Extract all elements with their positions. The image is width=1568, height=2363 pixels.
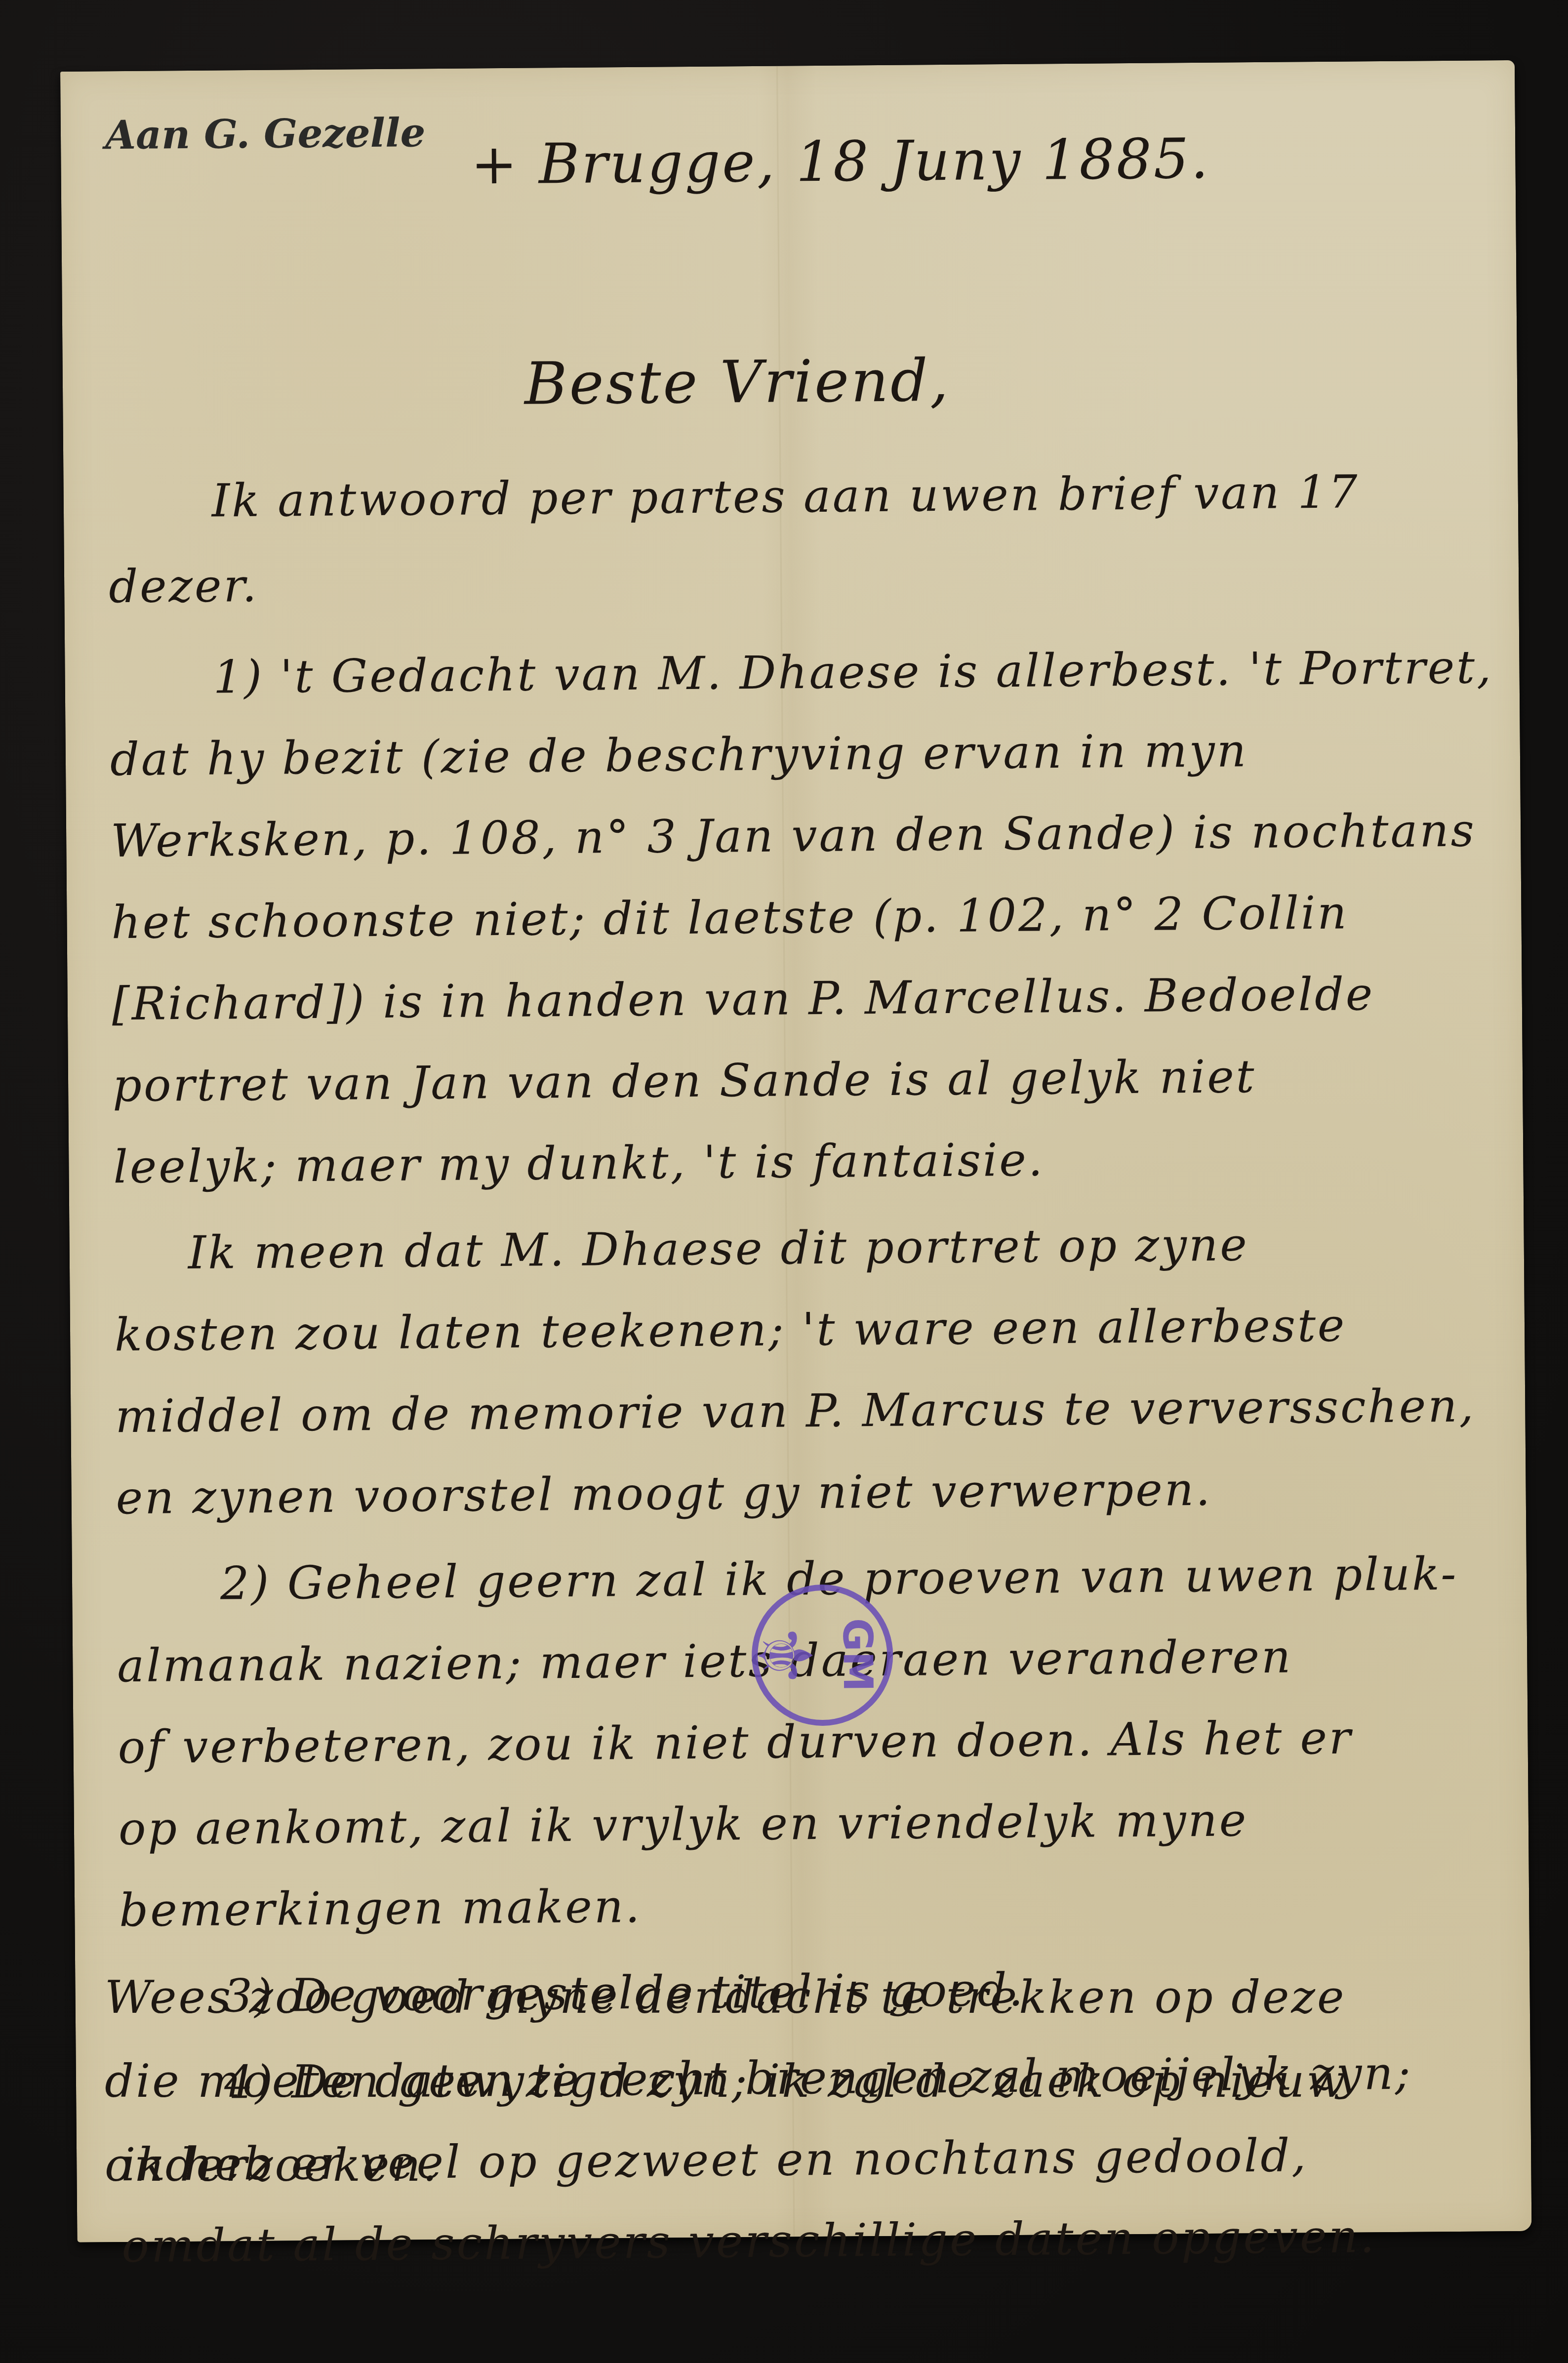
library-stamp: ⚜ GM bbox=[751, 1584, 893, 1726]
body-line: Ik antwoord per partes aan uwen brief va… bbox=[211, 465, 1360, 527]
body-line: Ik meen dat M. Dhaese dit portret op zyn… bbox=[188, 1218, 1249, 1279]
body-line: dezer. bbox=[109, 559, 259, 613]
body-line: onderzoeken. bbox=[105, 2139, 439, 2192]
body-line: [Richard]) is in handen van P. Marcellus… bbox=[112, 968, 1374, 1030]
place-date-line: + Brugge, 18 Juny 1885. bbox=[471, 127, 1210, 197]
body-line: omdat al de schryvers verschillige daten… bbox=[121, 2210, 1376, 2273]
body-line: het schoonste niet; dit laetste (p. 102,… bbox=[111, 887, 1349, 949]
body-line: leelyk; maer my dunkt, 't is fantaisie. bbox=[113, 1133, 1045, 1193]
recipient-annotation: Aan G. Gezelle bbox=[105, 109, 426, 158]
stamp-monogram: GM bbox=[837, 1618, 878, 1692]
body-line: 1) 't Gedacht van M. Dhaese is allerbest… bbox=[213, 641, 1493, 703]
salutation: Beste Vriend, bbox=[524, 346, 950, 418]
body-line: die moeten gewyzigd zyn; ik zal de zaek … bbox=[105, 2055, 1347, 2108]
body-line: of verbeteren, zou ik niet durven doen. … bbox=[118, 1711, 1353, 1774]
body-line: portret van Jan van den Sande is al gely… bbox=[113, 1050, 1256, 1112]
body-line-text: Ik antwoord per partes aan uwen brief va… bbox=[211, 465, 1360, 527]
body-line: en zynen voorstel moogt gy niet verwerpe… bbox=[116, 1463, 1212, 1524]
body-line: dat hy bezit (zie de beschryving ervan i… bbox=[110, 724, 1248, 786]
letter-page: Aan G. Gezelle + Brugge, 18 Juny 1885. B… bbox=[60, 60, 1531, 2242]
body-line: middel om de memorie van P. Marcus te ve… bbox=[115, 1380, 1476, 1443]
body-line: op aenkomt, zal ik vrylyk en vriendelyk … bbox=[119, 1793, 1248, 1855]
body-line: bemerkingen maken. bbox=[119, 1880, 642, 1937]
body-line: almanak nazien; maer iets daeraen verand… bbox=[117, 1630, 1293, 1693]
body-line: Wees zoo goed myne aendacht te trekken o… bbox=[105, 1971, 1346, 2024]
body-line: kosten zou laten teekenen; 't ware een a… bbox=[115, 1299, 1347, 1362]
fleur-de-lis-icon: ⚜ bbox=[747, 1622, 821, 1689]
body-line: Werksken, p. 108, n° 3 Jan van den Sande… bbox=[111, 804, 1476, 868]
